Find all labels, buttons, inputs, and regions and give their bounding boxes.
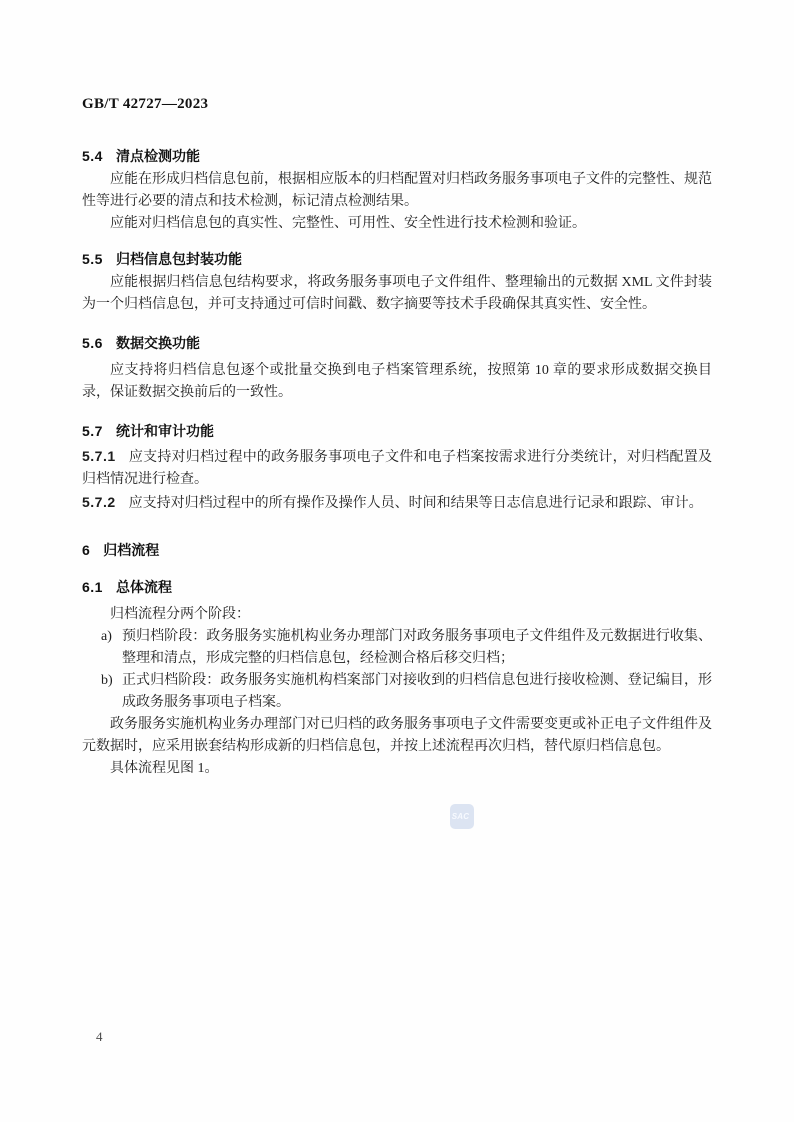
section-5-5: 5.5归档信息包封装功能 应能根据归档信息包结构要求，将政务服务事项电子文件组件… bbox=[82, 250, 712, 316]
list-marker: a) bbox=[101, 626, 112, 648]
running-header: GB/T 42727—2023 bbox=[82, 96, 712, 112]
page-number: 4 bbox=[96, 1029, 103, 1045]
section-number: 5.6 bbox=[82, 334, 103, 352]
clause-text: 应支持对归档过程中的政务服务事项电子文件和电子档案按需求进行分类统计，对归档配置… bbox=[82, 450, 712, 487]
section-title: 数据交换功能 bbox=[116, 335, 200, 351]
clause-5-7-1: 5.7.1应支持对归档过程中的政务服务事项电子文件和电子档案按需求进行分类统计，… bbox=[82, 445, 712, 491]
chapter-heading-6: 6归档流程 bbox=[82, 541, 712, 559]
list-text: 预归档阶段：政务服务实施机构业务办理部门对政务服务事项电子文件组件及元数据进行收… bbox=[122, 629, 712, 666]
paragraph: 应能对归档信息包的真实性、完整性、可用性、安全性进行技术检测和验证。 bbox=[82, 213, 712, 235]
section-heading-5-5: 5.5归档信息包封装功能 bbox=[82, 250, 712, 268]
list-marker: b) bbox=[101, 670, 113, 692]
section-number: 5.7 bbox=[82, 422, 103, 440]
paragraph: 归档流程分两个阶段： bbox=[82, 604, 712, 626]
chapter-number: 6 bbox=[82, 541, 90, 559]
section-number: 5.4 bbox=[82, 147, 103, 165]
document-page: GB/T 42727—2023 5.4清点检测功能 应能在形成归档信息包前，根据… bbox=[0, 0, 794, 1122]
paragraph: 应能根据归档信息包结构要求，将政务服务事项电子文件组件、整理输出的元数据 XML… bbox=[82, 272, 712, 316]
list-item-a: a) 预归档阶段：政务服务实施机构业务办理部门对政务服务事项电子文件组件及元数据… bbox=[82, 626, 712, 670]
list-item-b: b) 正式归档阶段：政务服务实施机构档案部门对接收到的归档信息包进行接收检测、登… bbox=[82, 670, 712, 714]
section-6-1: 6.1总体流程 归档流程分两个阶段： a) 预归档阶段：政务服务实施机构业务办理… bbox=[82, 578, 712, 780]
paragraph: 应能在形成归档信息包前，根据相应版本的归档配置对归档政务服务事项电子文件的完整性… bbox=[82, 169, 712, 213]
clause-5-7-2: 5.7.2应支持对归档过程中的所有操作及操作人员、时间和结果等日志信息进行记录和… bbox=[82, 491, 712, 515]
section-heading-6-1: 6.1总体流程 bbox=[82, 578, 712, 596]
paragraph: 政务服务实施机构业务办理部门对已归档的政务服务事项电子文件需要变更或补正电子文件… bbox=[82, 714, 712, 758]
section-title: 清点检测功能 bbox=[116, 148, 200, 164]
clause-text: 应支持对归档过程中的所有操作及操作人员、时间和结果等日志信息进行记录和跟踪、审计… bbox=[129, 496, 703, 511]
section-heading-5-4: 5.4清点检测功能 bbox=[82, 147, 712, 165]
section-heading-5-7: 5.7统计和审计功能 bbox=[82, 422, 712, 440]
section-title: 归档信息包封装功能 bbox=[116, 251, 242, 267]
chapter-6: 6归档流程 bbox=[82, 541, 712, 559]
section-number: 5.5 bbox=[82, 250, 103, 268]
section-5-6: 5.6数据交换功能 应支持将归档信息包逐个或批量交换到电子档案管理系统，按照第 … bbox=[82, 334, 712, 404]
clause-number: 5.7.2 bbox=[82, 494, 116, 510]
clause-number: 5.7.1 bbox=[82, 448, 116, 464]
paragraph: 具体流程见图 1。 bbox=[82, 758, 712, 780]
section-5-4: 5.4清点检测功能 应能在形成归档信息包前，根据相应版本的归档配置对归档政务服务… bbox=[82, 147, 712, 235]
paragraph: 应支持将归档信息包逐个或批量交换到电子档案管理系统，按照第 10 章的要求形成数… bbox=[82, 360, 712, 404]
section-number: 6.1 bbox=[82, 578, 103, 596]
section-5-7: 5.7统计和审计功能 5.7.1应支持对归档过程中的政务服务事项电子文件和电子档… bbox=[82, 422, 712, 515]
list-text: 正式归档阶段：政务服务实施机构档案部门对接收到的归档信息包进行接收检测、登记编目… bbox=[122, 673, 712, 710]
sac-watermark-text: SAC bbox=[452, 813, 470, 821]
chapter-title: 归档流程 bbox=[103, 542, 159, 558]
section-title: 统计和审计功能 bbox=[116, 423, 214, 439]
section-heading-5-6: 5.6数据交换功能 bbox=[82, 334, 712, 352]
sac-watermark: SAC bbox=[450, 804, 474, 829]
section-title: 总体流程 bbox=[116, 579, 172, 595]
